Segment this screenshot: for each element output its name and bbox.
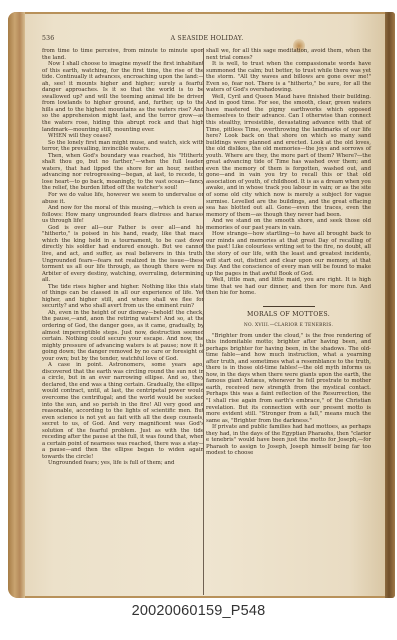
page-edges-left <box>8 12 25 598</box>
paragraph: Ah, even in the height of our dismay—beh… <box>42 310 204 362</box>
image-caption: 20020060159_P548 <box>0 603 397 619</box>
section-subtitle: NO. XVIII.—CLARIOR E TENEBRIS. <box>206 323 371 330</box>
running-title: A SEASIDE HOLIDAY. <box>42 35 372 42</box>
section-title: MORALS OF MOTTOES. <box>206 312 371 319</box>
page-sheet: 536 A SEASIDE HOLIDAY. from time to time… <box>25 14 385 596</box>
paragraph: It is well, to trust when the compassion… <box>206 61 371 94</box>
page-header: 536 A SEASIDE HOLIDAY. <box>42 35 372 45</box>
paragraph: For we do value life, however we seem to… <box>42 192 204 205</box>
paragraph: If private and public families had had m… <box>206 424 371 457</box>
paragraph: shall we, for all this sage meditation, … <box>206 48 371 61</box>
paragraph: God is over all—our Father is over all—a… <box>42 225 204 284</box>
page-edges-right <box>385 12 395 598</box>
left-column: from time to time perceive, from minute … <box>42 48 204 467</box>
paragraph: Well, Cyril and Queen Maud have finished… <box>206 94 371 218</box>
paragraph: Now I shall choose to imagine myself the… <box>42 61 204 133</box>
paragraph: A case in point. Astronomers, some years… <box>42 362 204 460</box>
paragraph: "Brighter from under the cloud," is the … <box>206 333 371 425</box>
paragraph: Well, little man, and little maid, you a… <box>206 277 371 297</box>
section-rule <box>263 306 315 307</box>
paragraph: from time to time perceive, from minute … <box>42 48 204 61</box>
paragraph: Then, when God's boundary was reached, h… <box>42 153 204 192</box>
paragraph: And now for the moral of this musing,—wh… <box>42 205 204 225</box>
paragraph: The tide rises higher and higher. Nothin… <box>42 284 204 310</box>
paragraph: How strange—how startling—to have all br… <box>206 231 371 277</box>
paragraph: So the lonely first man might muse, and … <box>42 140 204 153</box>
paragraph: And we stand on the smooth shore, and se… <box>206 218 371 231</box>
paragraph: Ungrounded fears; yes, life is full of t… <box>42 460 204 467</box>
book-scan: 536 A SEASIDE HOLIDAY. from time to time… <box>8 12 395 598</box>
right-column: shall we, for all this sage meditation, … <box>206 48 371 457</box>
column-divider <box>203 48 204 595</box>
